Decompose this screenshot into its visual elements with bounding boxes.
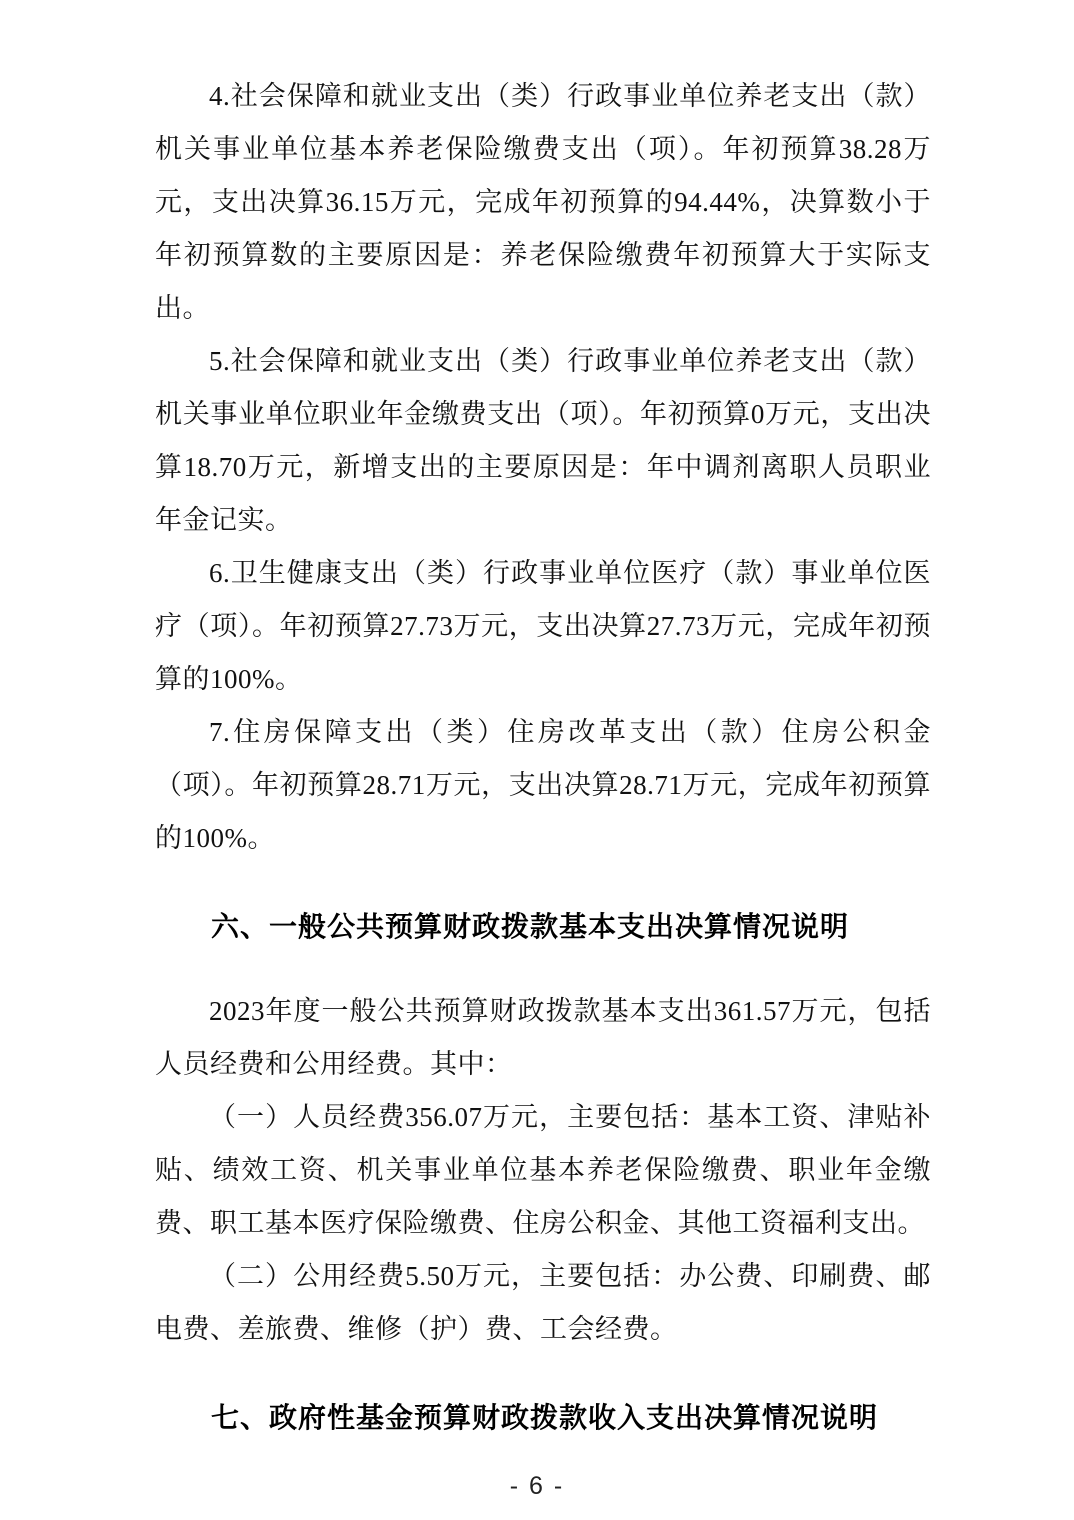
document-body: 4.社会保障和就业支出（类）行政事业单位养老支出（款）机关事业单位基本养老保险缴… — [155, 70, 931, 1476]
paragraph-public-funds: （二）公用经费5.50万元，主要包括：办公费、印刷费、邮电费、差旅费、维修（护）… — [155, 1250, 931, 1356]
paragraph-basic-expenditure-summary: 2023年度一般公共预算财政拨款基本支出361.57万元，包括人员经费和公用经费… — [155, 985, 931, 1091]
paragraph-item-4-pension-contribution: 4.社会保障和就业支出（类）行政事业单位养老支出（款）机关事业单位基本养老保险缴… — [155, 70, 931, 335]
section-heading-6-basic-expenditure: 六、一般公共预算财政拨款基本支出决算情况说明 — [155, 900, 931, 953]
page-footer: - 6 - — [0, 1472, 1074, 1501]
page-number: - 6 - — [510, 1472, 564, 1500]
paragraph-item-7-housing-fund: 7.住房保障支出（类）住房改革支出（款）住房公积金（项）。年初预算28.71万元… — [155, 706, 931, 865]
document-page: 4.社会保障和就业支出（类）行政事业单位养老支出（款）机关事业单位基本养老保险缴… — [0, 0, 1074, 1520]
paragraph-item-5-annuity-contribution: 5.社会保障和就业支出（类）行政事业单位养老支出（款）机关事业单位职业年金缴费支… — [155, 335, 931, 547]
paragraph-item-6-health-expenditure: 6.卫生健康支出（类）行政事业单位医疗（款）事业单位医疗（项）。年初预算27.7… — [155, 547, 931, 706]
paragraph-personnel-funds: （一）人员经费356.07万元，主要包括：基本工资、津贴补贴、绩效工资、机关事业… — [155, 1091, 931, 1250]
section-heading-7-government-fund-budget: 七、政府性基金预算财政拨款收入支出决算情况说明 — [155, 1391, 931, 1444]
